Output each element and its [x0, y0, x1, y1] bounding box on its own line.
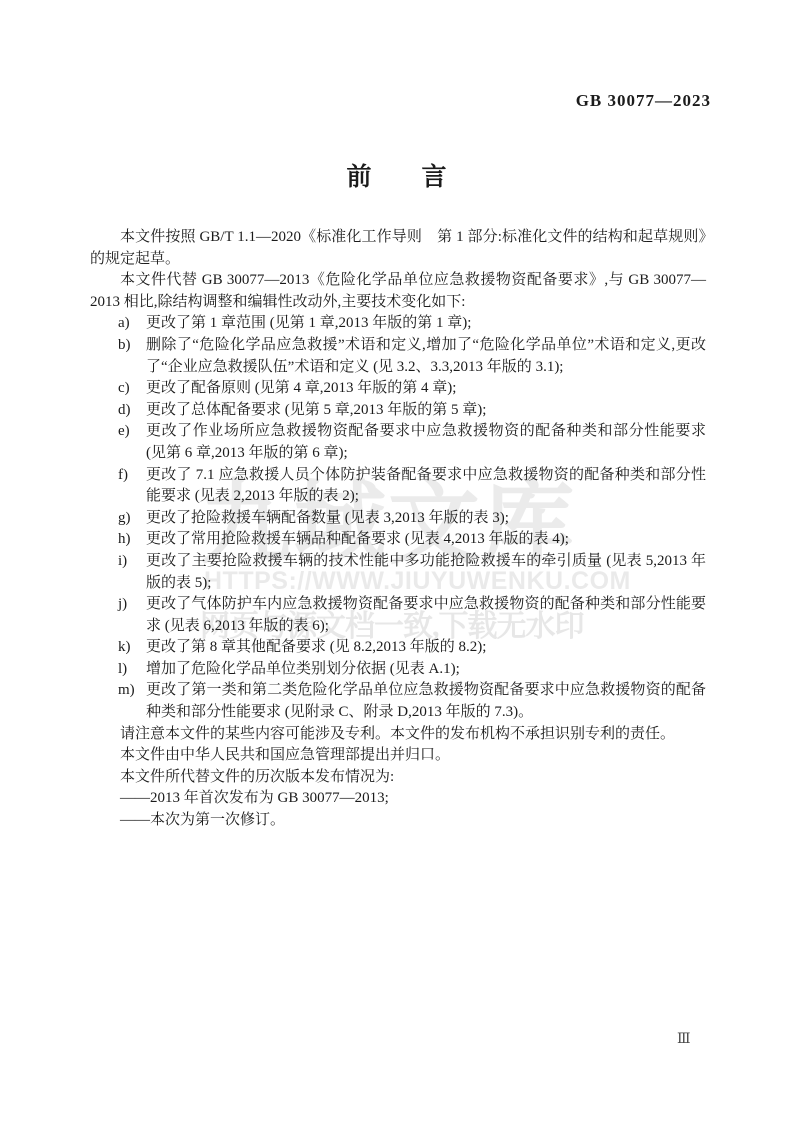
change-item-g: g) 更改了抢险救援车辆配备数量 (见表 3,2013 年版的表 3);: [90, 508, 706, 530]
page-title: 前 言: [0, 157, 793, 193]
history-line-revision: ——本次为第一次修订。: [90, 810, 706, 832]
change-item-text: 更改了气体防护车内应急救援物资配备要求中应急救援物资的配备种类和部分性能要求 (…: [146, 596, 706, 634]
change-item-a: a) 更改了第 1 章范围 (见第 1 章,2013 年版的第 1 章);: [90, 313, 706, 335]
paragraph-history-intro: 本文件所代替文件的历次版本发布情况为:: [90, 767, 706, 789]
change-item-f: f) 更改了 7.1 应急救援人员个体防护装备配备要求中应急救援物资的配备种类和…: [90, 465, 706, 508]
change-item-text: 增加了危险化学品单位类别划分依据 (见表 A.1);: [146, 661, 460, 677]
change-item-text: 更改了常用抢险救援车辆品种配备要求 (见表 4,2013 年版的表 4);: [146, 531, 569, 547]
foreword-content: 本文件按照 GB/T 1.1—2020《标准化工作导则 第 1 部分:标准化文件…: [90, 227, 706, 832]
change-item-e: e) 更改了作业场所应急救援物资配备要求中应急救援物资的配备种类和部分性能要求 …: [90, 421, 706, 464]
change-item-b: b) 删除了“危险化学品应急救援”术语和定义,增加了“危险化学品单位”术语和定义…: [90, 335, 706, 378]
change-item-k: k) 更改了第 8 章其他配备要求 (见 8.2,2013 年版的 8.2);: [90, 637, 706, 659]
change-item-label: b): [118, 335, 131, 357]
change-item-text: 删除了“危险化学品应急救援”术语和定义,增加了“危险化学品单位”术语和定义,更改…: [146, 337, 706, 375]
change-item-label: j): [118, 594, 127, 616]
change-item-label: a): [118, 313, 130, 335]
change-item-label: e): [118, 421, 130, 443]
change-item-text: 更改了第 8 章其他配备要求 (见 8.2,2013 年版的 8.2);: [146, 639, 486, 655]
change-item-text: 更改了 7.1 应急救援人员个体防护装备配备要求中应急救援物资的配备种类和部分性…: [146, 467, 706, 505]
change-item-label: m): [118, 680, 135, 702]
document-page: 九域文库 HTTPS://WWW.JIUYUWENKU.COM 网页与源文档一致…: [0, 0, 793, 1122]
change-item-i: i) 更改了主要抢险救援车辆的技术性能中多功能抢险救援车的牵引质量 (见表 5,…: [90, 551, 706, 594]
change-item-d: d) 更改了总体配备要求 (见第 5 章,2013 年版的第 5 章);: [90, 400, 706, 422]
page-number: Ⅲ: [677, 1031, 691, 1048]
paragraph-patent-note: 请注意本文件的某些内容可能涉及专利。本文件的发布机构不承担识别专利的责任。: [90, 724, 706, 746]
change-item-label: c): [118, 378, 130, 400]
history-line-2013: ——2013 年首次发布为 GB 30077—2013;: [90, 788, 706, 810]
change-item-c: c) 更改了配备原则 (见第 4 章,2013 年版的第 4 章);: [90, 378, 706, 400]
standard-number: GB 30077—2023: [576, 91, 711, 111]
change-item-text: 更改了配备原则 (见第 4 章,2013 年版的第 4 章);: [146, 380, 456, 396]
change-item-text: 更改了主要抢险救援车辆的技术性能中多功能抢险救援车的牵引质量 (见表 5,201…: [146, 553, 706, 591]
paragraph-replacement: 本文件代替 GB 30077—2013《危险化学品单位应急救援物资配备要求》,与…: [90, 270, 706, 313]
change-item-m: m) 更改了第一类和第二类危险化学品单位应急救援物资配备要求中应急救援物资的配备…: [90, 680, 706, 723]
change-item-label: f): [118, 465, 128, 487]
change-item-text: 更改了抢险救援车辆配备数量 (见表 3,2013 年版的表 3);: [146, 510, 509, 526]
paragraph-issuer: 本文件由中华人民共和国应急管理部提出并归口。: [90, 745, 706, 767]
change-item-label: l): [118, 659, 127, 681]
change-item-label: h): [118, 529, 131, 551]
change-item-label: i): [118, 551, 127, 573]
change-item-text: 更改了第一类和第二类危险化学品单位应急救援物资配备要求中应急救援物资的配备种类和…: [146, 682, 706, 720]
change-item-text: 更改了总体配备要求 (见第 5 章,2013 年版的第 5 章);: [146, 402, 486, 418]
change-item-j: j) 更改了气体防护车内应急救援物资配备要求中应急救援物资的配备种类和部分性能要…: [90, 594, 706, 637]
paragraph-drafting-basis: 本文件按照 GB/T 1.1—2020《标准化工作导则 第 1 部分:标准化文件…: [90, 227, 706, 270]
change-item-label: d): [118, 400, 131, 422]
change-item-text: 更改了第 1 章范围 (见第 1 章,2013 年版的第 1 章);: [146, 315, 471, 331]
change-item-l: l) 增加了危险化学品单位类别划分依据 (见表 A.1);: [90, 659, 706, 681]
change-item-text: 更改了作业场所应急救援物资配备要求中应急救援物资的配备种类和部分性能要求 (见第…: [146, 423, 706, 461]
change-item-label: k): [118, 637, 131, 659]
change-item-label: g): [118, 508, 131, 530]
change-item-h: h) 更改了常用抢险救援车辆品种配备要求 (见表 4,2013 年版的表 4);: [90, 529, 706, 551]
